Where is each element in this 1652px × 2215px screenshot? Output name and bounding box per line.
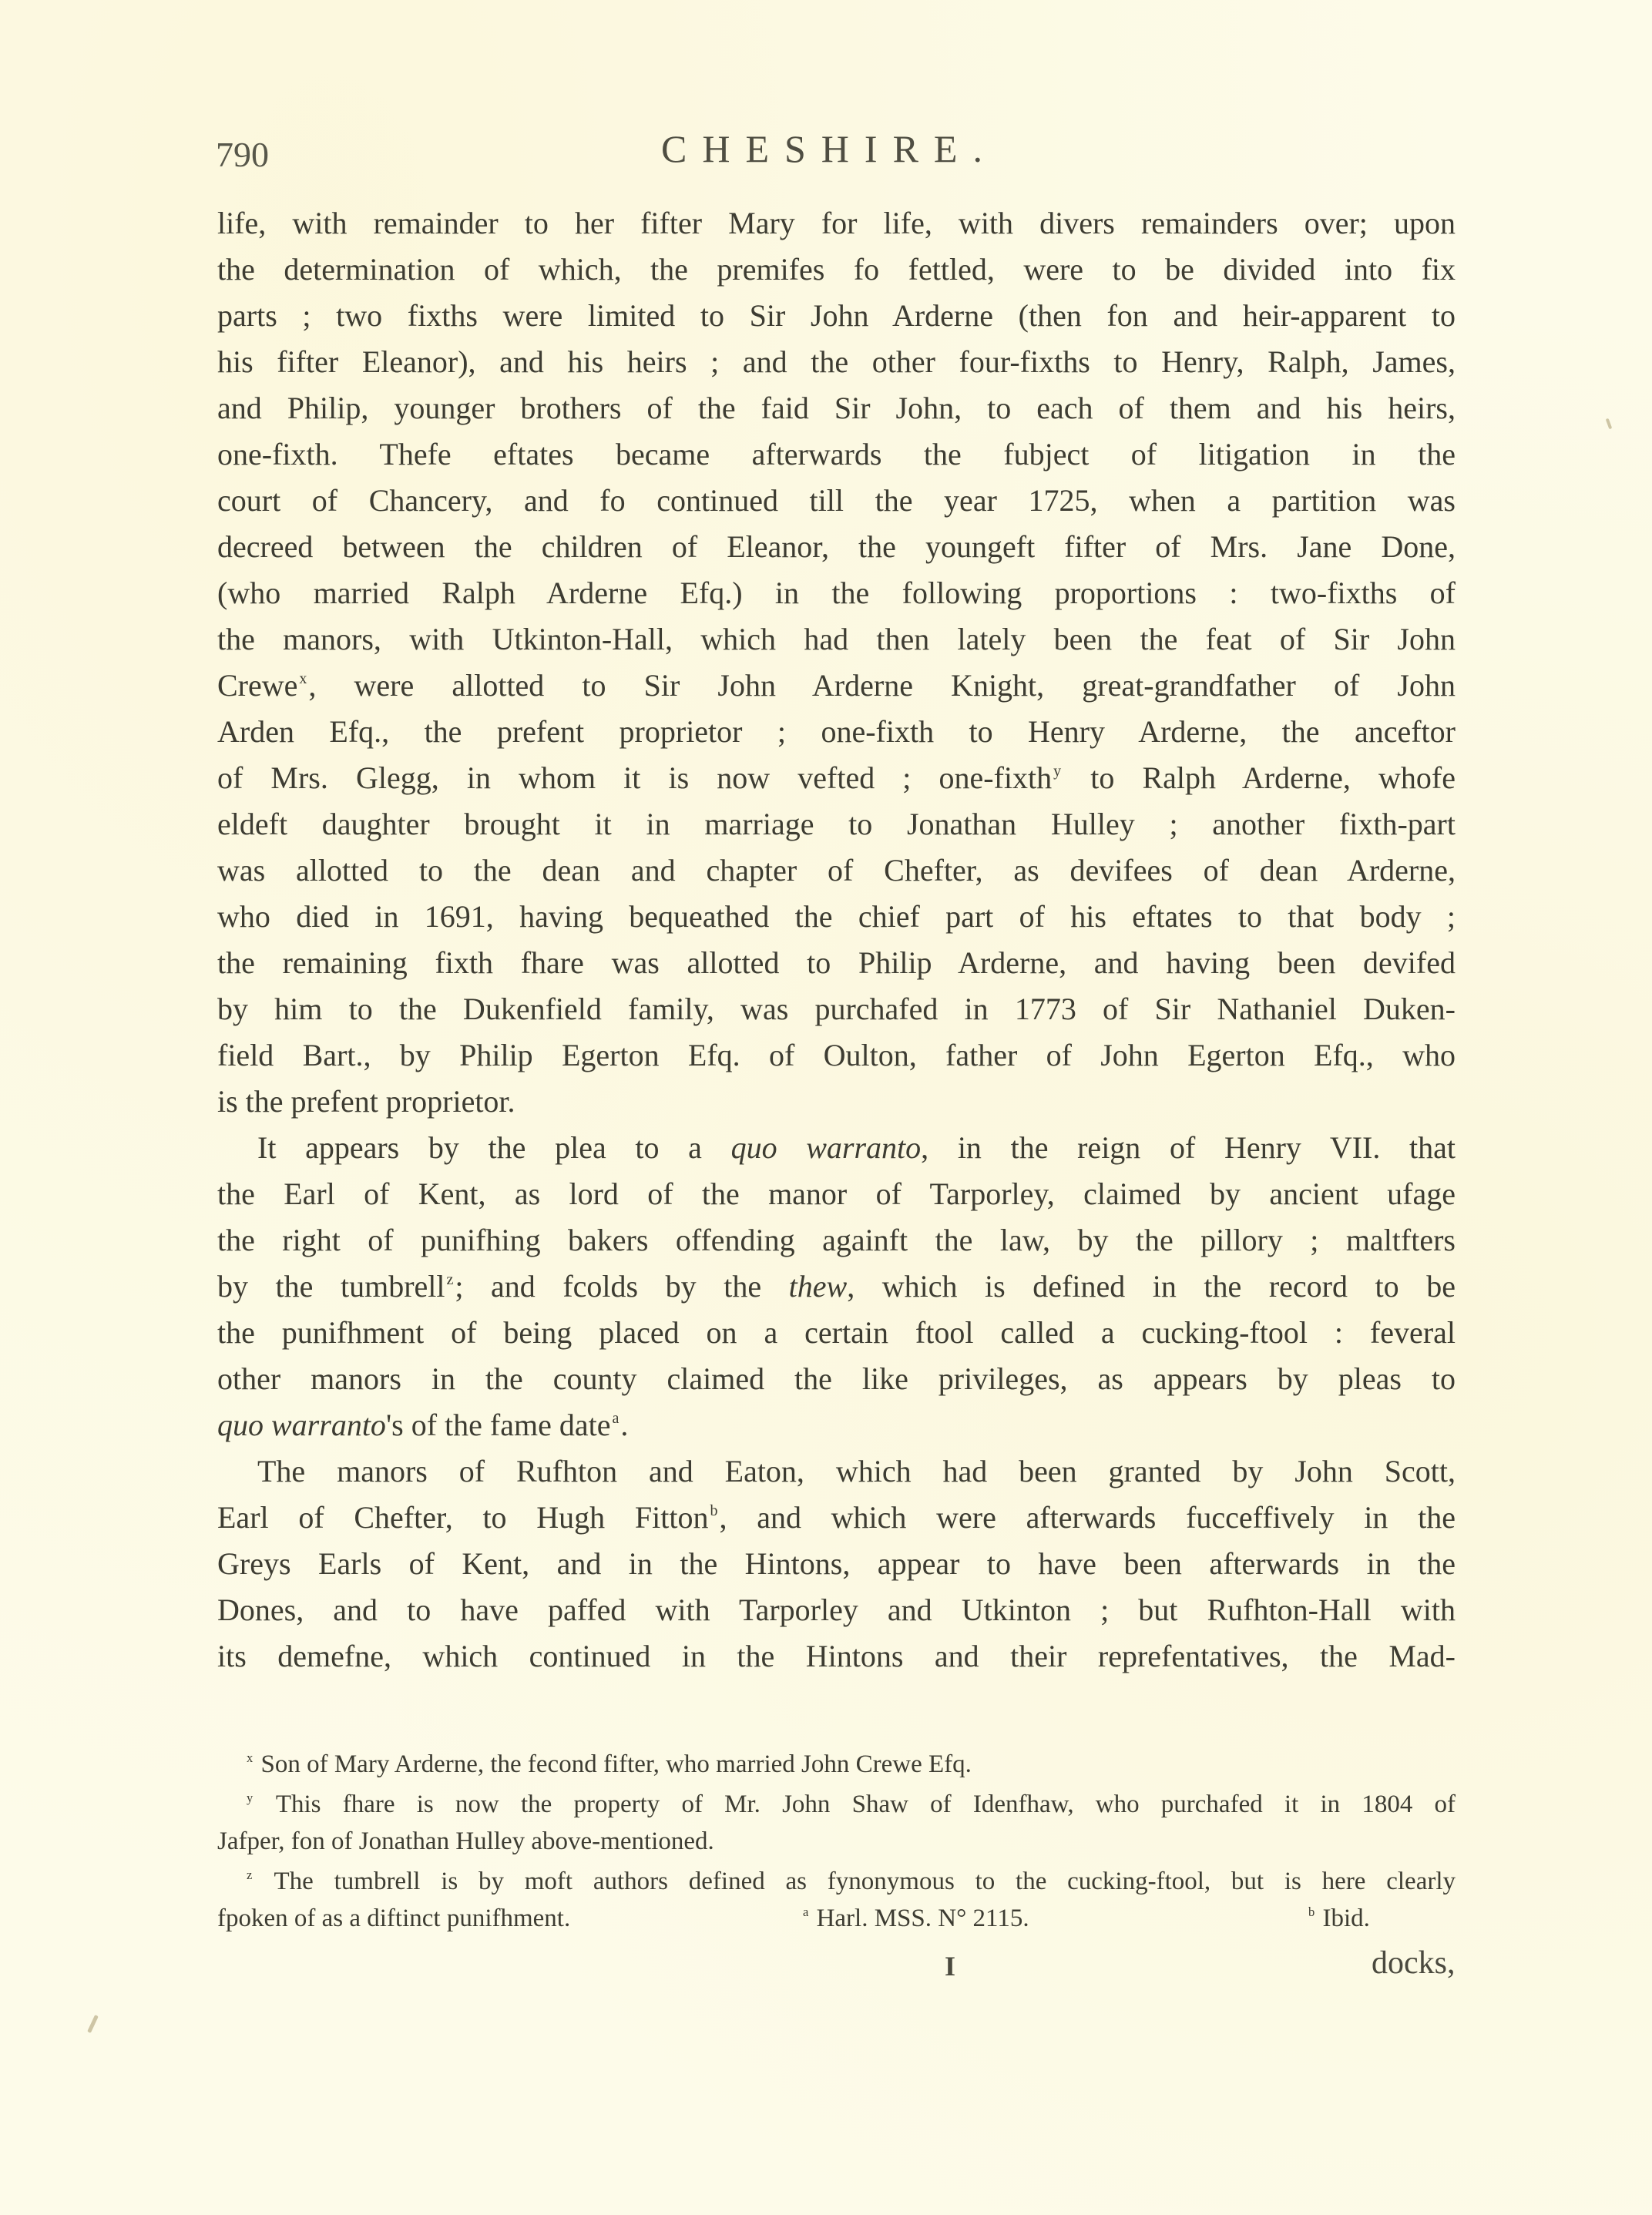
body-line: one-fixth. Thefe eftates became afterwar… — [217, 436, 1456, 473]
body-text: 's of the fame date — [386, 1408, 611, 1442]
body-line: Dones, and to have paffed with Tarporley… — [217, 1592, 1456, 1629]
footnote-marker: b — [1308, 1905, 1315, 1919]
footnote-marker: a — [803, 1905, 808, 1919]
body-line: and Philip, younger brothers of the faid… — [217, 390, 1456, 427]
footnote-text: The tumbrell is by moft authors defined … — [274, 1868, 1456, 1895]
body-text: , which is defined in the record to be — [847, 1269, 1456, 1304]
body-line: It appears by the plea to a quo warranto… — [257, 1129, 1456, 1166]
body-line: by the tumbrellz; and fcolds by the thew… — [217, 1268, 1456, 1305]
footnote-ref-b[interactable]: b — [710, 1502, 717, 1519]
footnote-text: Ibid. — [1323, 1905, 1370, 1932]
body-text: Earl of Chefter, to Hugh Fitton — [217, 1500, 708, 1535]
page: 790 CHESHIRE. life, with remainder to he… — [0, 0, 1652, 2215]
body-line: decreed between the children of Eleanor,… — [217, 529, 1456, 565]
footnote-z-line1: z The tumbrell is by moft authors define… — [245, 1866, 1456, 1897]
footnote-marker: y — [247, 1790, 253, 1805]
footnote-y-line1: y This fhare is now the property of Mr. … — [245, 1789, 1456, 1820]
body-line: of Mrs. Glegg, in whom it is now vefted … — [217, 760, 1456, 797]
body-line: by him to the Dukenfield family, was pur… — [217, 991, 1456, 1028]
footnote-z-line2: fpoken of as a diftinct punifhment. — [217, 1903, 570, 1934]
body-line: the remaining fixth fhare was allotted t… — [217, 945, 1456, 982]
italic-term: quo warranto — [731, 1130, 922, 1165]
body-text: , in the reign of Henry VII. that — [921, 1130, 1456, 1165]
footnote-ref-z[interactable]: z — [447, 1271, 454, 1288]
footnote-ref-a[interactable]: a — [612, 1410, 619, 1427]
body-text: , and which were afterwards fucceffively… — [719, 1500, 1456, 1535]
catchword: docks, — [1372, 1945, 1456, 1982]
body-line: the right of punifhing bakers offending … — [217, 1222, 1456, 1259]
body-text: ; and fcolds by the — [455, 1269, 788, 1304]
body-line: life, with remainder to her fifter Mary … — [217, 205, 1456, 242]
footnote-ref-x[interactable]: x — [299, 670, 307, 687]
signature-mark: I — [945, 1951, 955, 1982]
footnote-a: a Harl. MSS. N° 2115. — [801, 1903, 1029, 1934]
body-text: Crewe — [217, 668, 297, 703]
body-line: eldeft daughter brought it in marriage t… — [217, 806, 1456, 843]
body-text: to Ralph Arderne, whofe — [1063, 760, 1456, 795]
body-line: other manors in the county claimed the l… — [217, 1361, 1456, 1398]
italic-term: thew — [789, 1269, 848, 1304]
body-line: parts ; two fixths were limited to Sir J… — [217, 297, 1456, 334]
body-line: Greys Earls of Kent, and in the Hintons,… — [217, 1545, 1456, 1582]
body-text: , were allotted to Sir John Arderne Knig… — [308, 668, 1456, 703]
body-line: quo warranto's of the fame datea. — [217, 1407, 1456, 1444]
footnote-ref-y[interactable]: y — [1053, 763, 1061, 780]
body-line: his fifter Eleanor), and his heirs ; and… — [217, 344, 1456, 381]
body-line: was allotted to the dean and chapter of … — [217, 852, 1456, 889]
body-line: (who married Ralph Arderne Efq.) in the … — [217, 575, 1456, 612]
footnote-y-line2: Jafper, fon of Jonathan Hulley above-men… — [217, 1826, 1456, 1857]
body-line: court of Chancery, and fo continued till… — [217, 482, 1456, 519]
body-line: The manors of Rufhton and Eaton, which h… — [257, 1453, 1456, 1490]
footnote-b: b Ibid. — [1307, 1903, 1370, 1934]
body-line: is the prefent proprietor. — [217, 1083, 1456, 1120]
body-line: the manors, with Utkinton-Hall, which ha… — [217, 621, 1456, 658]
footnote-x: x Son of Mary Arderne, the fecond fifter… — [245, 1749, 972, 1780]
body-text: It appears by the plea to a — [257, 1130, 731, 1165]
body-text: . — [620, 1408, 628, 1442]
body-line: the determination of which, the premifes… — [217, 251, 1456, 288]
body-line: field Bart., by Philip Egerton Efq. of O… — [217, 1037, 1456, 1074]
footnote-marker: z — [247, 1868, 252, 1882]
paper-speck — [1606, 418, 1613, 430]
paper-speck — [87, 2015, 99, 2033]
body-line: Crewex, were allotted to Sir John Ardern… — [217, 667, 1456, 704]
body-line: the punifhment of being placed on a cert… — [217, 1314, 1456, 1351]
body-line: Earl of Chefter, to Hugh Fittonb, and wh… — [217, 1499, 1456, 1536]
body-text: by the tumbrell — [217, 1269, 445, 1304]
page-number: 790 — [216, 136, 269, 174]
body-text: of Mrs. Glegg, in whom it is now vefted … — [217, 760, 1052, 795]
body-line: its demefne, which continued in the Hint… — [217, 1638, 1456, 1675]
running-head: CHESHIRE. — [661, 129, 998, 168]
body-line: who died in 1691, having bequeathed the … — [217, 898, 1456, 935]
italic-term: quo warranto — [217, 1408, 386, 1442]
footnote-marker: x — [247, 1750, 253, 1765]
body-line: the Earl of Kent, as lord of the manor o… — [217, 1176, 1456, 1213]
body-line: Arden Efq., the prefent proprietor ; one… — [217, 713, 1456, 750]
footnote-text: Son of Mary Arderne, the fecond fifter, … — [261, 1750, 972, 1778]
footnote-text: This fhare is now the property of Mr. Jo… — [276, 1790, 1456, 1818]
footnote-text: Harl. MSS. N° 2115. — [817, 1905, 1029, 1932]
